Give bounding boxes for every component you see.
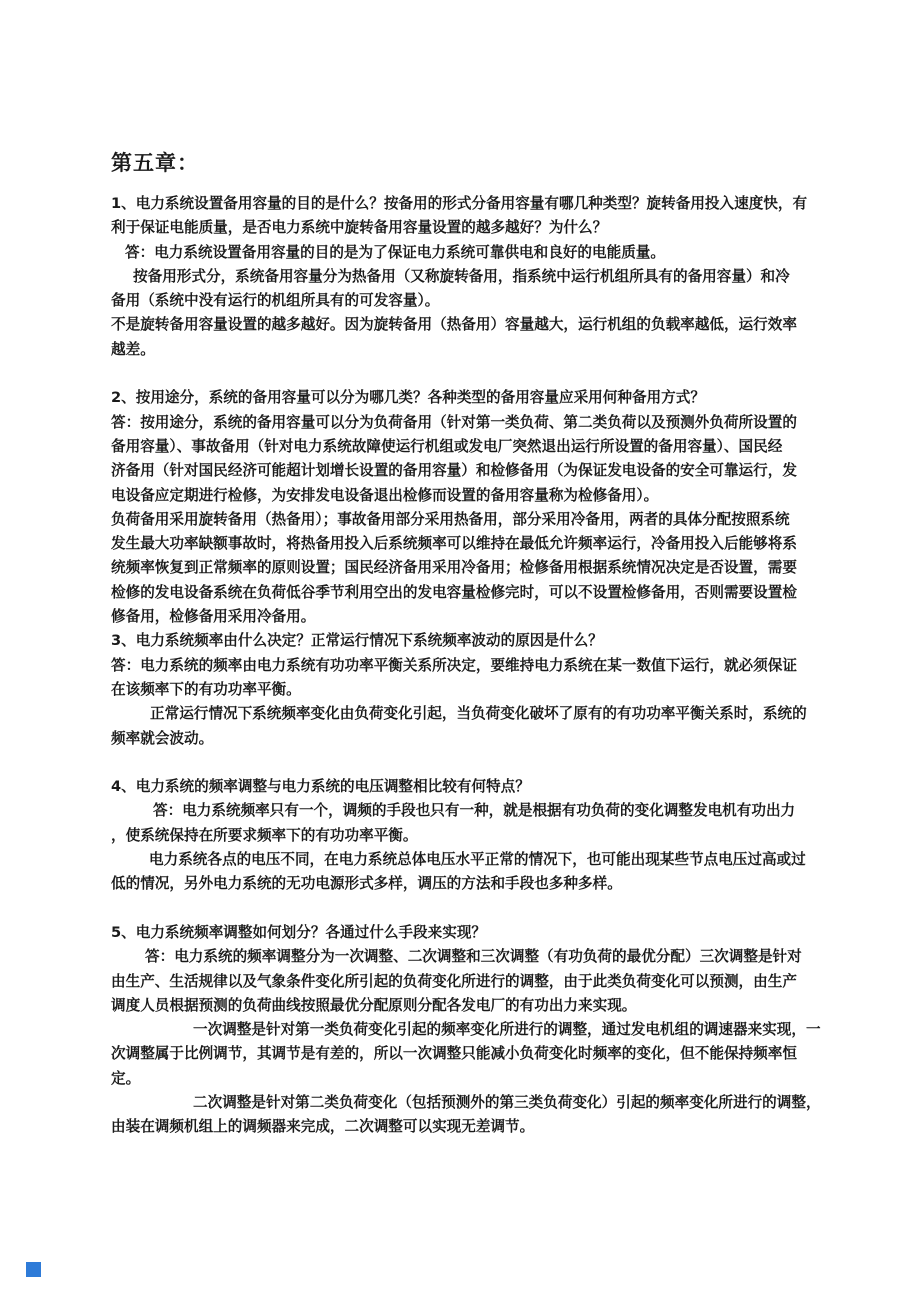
question-3: 3、电力系统频率由什么决定？正常运行情况下系统频率波动的原因是什么？: [111, 629, 856, 653]
answer-1-purpose: 答：电力系统设置备用容量的目的是为了保证电力系统可靠供电和良好的电能质量。: [111, 241, 856, 265]
page-corner-marker: [26, 1262, 41, 1277]
answer-4-frequency: 答：电力系统频率只有一个，调频的手段也只有一种，就是根据有功负荷的变化调整发电机…: [111, 799, 856, 848]
answer-5-tertiary: 答：电力系统的频率调整分为一次调整、二次调整和三次调整（有功负荷的最优分配）三次…: [111, 945, 856, 1018]
question-5: 5、电力系统频率调整如何划分？各通过什么手段来实现？: [111, 921, 856, 945]
chapter-title: 第五章：: [111, 150, 856, 176]
document-content: 第五章： 1、电力系统设置备用容量的目的是什么？按备用的形式分备用容量有哪几种类…: [111, 150, 856, 1140]
spacer-after-q3: [111, 751, 856, 775]
answer-5-secondary: 二次调整是针对第二类负荷变化（包括预测外的第三类负荷变化）引起的频率变化所进行的…: [111, 1091, 856, 1140]
question-2: 2、按用途分，系统的备用容量可以分为哪几类？各种类型的备用容量应采用何种备用方式…: [111, 386, 856, 410]
spacer-after-q1: [111, 362, 856, 386]
document-page: { "page": { "background_color": "#ffffff…: [0, 0, 920, 1303]
answer-5-primary: 一次调整是针对第一类负荷变化引起的频率变化所进行的调整，通过发电机组的调速器来实…: [111, 1018, 856, 1091]
answer-3-fluctuation: 正常运行情况下系统频率变化由负荷变化引起，当负荷变化破坏了原有的有功功率平衡关系…: [111, 702, 856, 751]
answer-1-forms: 按备用形式分，系统备用容量分为热备用（又称旋转备用，指系统中运行机组所具有的备用…: [111, 265, 856, 314]
document-body: 1、电力系统设置备用容量的目的是什么？按备用的形式分备用容量有哪几种类型？旋转备…: [111, 192, 856, 1140]
answer-4-voltage: 电力系统各点的电压不同，在电力系统总体电压水平正常的情况下，也可能出现某些节点电…: [111, 848, 856, 897]
answer-2-methods: 负荷备用采用旋转备用（热备用）；事故备用部分采用热备用，部分采用冷备用，两者的具…: [111, 508, 856, 629]
answer-1-conclusion: 不是旋转备用容量设置的越多越好。因为旋转备用（热备用）容量越大，运行机组的负载率…: [111, 313, 856, 362]
spacer-after-q4: [111, 897, 856, 921]
question-4: 4、电力系统的频率调整与电力系统的电压调整相比较有何特点？: [111, 775, 856, 799]
question-1: 1、电力系统设置备用容量的目的是什么？按备用的形式分备用容量有哪几种类型？旋转备…: [111, 192, 856, 241]
answer-2-types: 答：按用途分，系统的备用容量可以分为负荷备用（针对第一类负荷、第二类负荷以及预测…: [111, 411, 856, 508]
answer-3-balance: 答：电力系统的频率由电力系统有功功率平衡关系所决定，要维持电力系统在某一数值下运…: [111, 654, 856, 703]
